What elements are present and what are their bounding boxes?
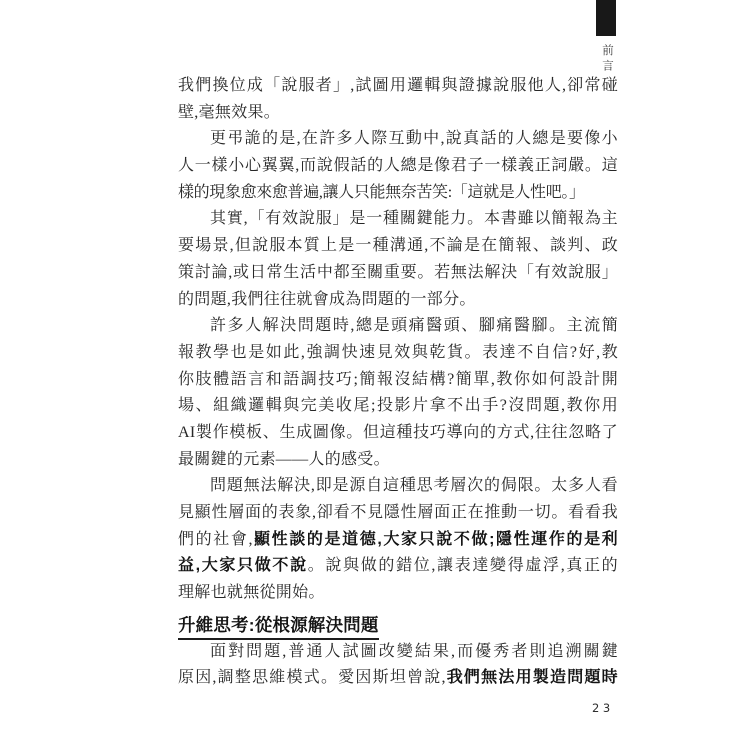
body-text: 人一樣小心翼翼,而說假話的人總是像君子一樣義正詞嚴。這 bbox=[178, 157, 618, 174]
body-text: 場、組織邏輯與完美收尾;投影片拿不出手?沒問題,教你用 bbox=[178, 397, 618, 414]
body-text: 。說與做的錯位,讓表達變得虛浮,真正的 bbox=[308, 557, 618, 574]
body-text-column: 我們換位成「說服者」,試圖用邏輯與證據說服他人,卻常碰壁,毫無效果。更弔詭的是,… bbox=[178, 73, 618, 692]
text-line: 的問題,我們往往就會成為問題的一部分。 bbox=[178, 287, 618, 314]
chapter-tab-marker bbox=[596, 0, 616, 36]
body-text: AI製作模板、生成圖像。但這種技巧導向的方式,往往忽略了 bbox=[178, 424, 618, 441]
page-number: 23 bbox=[592, 701, 614, 715]
text-line: 更弔詭的是,在許多人際互動中,說真話的人總是要像小 bbox=[178, 126, 618, 153]
body-text: 的問題,我們往往就會成為問題的一部分。 bbox=[178, 291, 476, 308]
text-line: 理解也就無從開始。 bbox=[178, 580, 618, 607]
body-text: 更弔詭的是,在許多人際互動中,說真話的人總是要像小 bbox=[210, 130, 618, 147]
body-text: 壁,毫無效果。 bbox=[178, 104, 280, 121]
emphasized-text: 顯性談的是道德,大家只說不做;隱性運作的是利 bbox=[253, 531, 618, 548]
text-line: 益,大家只做不說。說與做的錯位,讓表達變得虛浮,真正的 bbox=[178, 553, 618, 580]
text-line: 你肢體語言和語調技巧;簡報沒結構?簡單,教你如何設計開 bbox=[178, 367, 618, 394]
text-line: 許多人解決問題時,總是頭痛醫頭、腳痛醫腳。主流簡 bbox=[178, 313, 618, 340]
text-line: 們的社會,顯性談的是道德,大家只說不做;隱性運作的是利 bbox=[178, 527, 618, 554]
text-line: 策討論,或日常生活中都至關重要。若無法解決「有效說服」 bbox=[178, 260, 618, 287]
emphasized-text: 我們無法用製造問題時 bbox=[446, 669, 618, 686]
text-line: 壁,毫無效果。 bbox=[178, 100, 618, 127]
text-line: 報教學也是如此,強調快速見效與乾貨。表達不自信?好,教 bbox=[178, 340, 618, 367]
chapter-label: 前言 bbox=[599, 44, 615, 75]
text-line: 樣的現象愈來愈普遍,讓人只能無奈苦笑:「這就是人性吧。」 bbox=[178, 180, 618, 207]
body-text: 策討論,或日常生活中都至關重要。若無法解決「有效說服」 bbox=[178, 264, 618, 281]
body-text: 你肢體語言和語調技巧;簡報沒結構?簡單,教你如何設計開 bbox=[178, 371, 618, 388]
body-text: 面對問題,普通人試圖改變結果,而優秀者則追溯關鍵 bbox=[210, 643, 618, 660]
body-text: 其實,「有效說服」是一種關鍵能力。本書雖以簡報為主 bbox=[210, 210, 618, 227]
text-line: 其實,「有效說服」是一種關鍵能力。本書雖以簡報為主 bbox=[178, 206, 618, 233]
body-text: 許多人解決問題時,總是頭痛醫頭、腳痛醫腳。主流簡 bbox=[210, 317, 618, 334]
body-text: 報教學也是如此,強調快速見效與乾貨。表達不自信?好,教 bbox=[178, 344, 618, 361]
body-text: 要場景,但說服本質上是一種溝通,不論是在簡報、談判、政 bbox=[178, 237, 618, 254]
text-line: 人一樣小心翼翼,而說假話的人總是像君子一樣義正詞嚴。這 bbox=[178, 153, 618, 180]
book-page: 前言 我們換位成「說服者」,試圖用邏輯與證據說服他人,卻常碰壁,毫無效果。更弔詭… bbox=[0, 0, 750, 750]
body-text: 見顯性層面的表象,卻看不見隱性層面正在推動一切。看看我 bbox=[178, 504, 618, 521]
text-line: 問題無法解決,即是源自這種思考層次的侷限。太多人看 bbox=[178, 473, 618, 500]
body-text: 們的社會, bbox=[178, 531, 253, 548]
body-text: 問題無法解決,即是源自這種思考層次的侷限。太多人看 bbox=[210, 477, 618, 494]
text-line: 見顯性層面的表象,卻看不見隱性層面正在推動一切。看看我 bbox=[178, 500, 618, 527]
body-text: 我們換位成「說服者」,試圖用邏輯與證據說服他人,卻常碰 bbox=[178, 77, 618, 94]
section-heading-text: 升維思考:從根源解決問題 bbox=[178, 615, 379, 640]
text-line: 我們換位成「說服者」,試圖用邏輯與證據說服他人,卻常碰 bbox=[178, 73, 618, 100]
body-text: 原因,調整思維模式。愛因斯坦曾說, bbox=[178, 669, 446, 686]
body-text: 樣的現象愈來愈普遍,讓人只能無奈苦笑:「這就是人性吧。」 bbox=[178, 184, 585, 201]
text-line: 場、組織邏輯與完美收尾;投影片拿不出手?沒問題,教你用 bbox=[178, 393, 618, 420]
text-line: 最關鍵的元素——人的感受。 bbox=[178, 447, 618, 474]
section-heading: 升維思考:從根源解決問題 bbox=[178, 612, 618, 639]
text-line: 面對問題,普通人試圖改變結果,而優秀者則追溯關鍵 bbox=[178, 639, 618, 666]
emphasized-text: 益,大家只做不說 bbox=[178, 557, 308, 574]
text-line: 原因,調整思維模式。愛因斯坦曾說,我們無法用製造問題時 bbox=[178, 665, 618, 692]
text-line: 要場景,但說服本質上是一種溝通,不論是在簡報、談判、政 bbox=[178, 233, 618, 260]
text-line: AI製作模板、生成圖像。但這種技巧導向的方式,往往忽略了 bbox=[178, 420, 618, 447]
body-text: 最關鍵的元素——人的感受。 bbox=[178, 451, 390, 468]
body-text: 理解也就無從開始。 bbox=[178, 584, 325, 601]
